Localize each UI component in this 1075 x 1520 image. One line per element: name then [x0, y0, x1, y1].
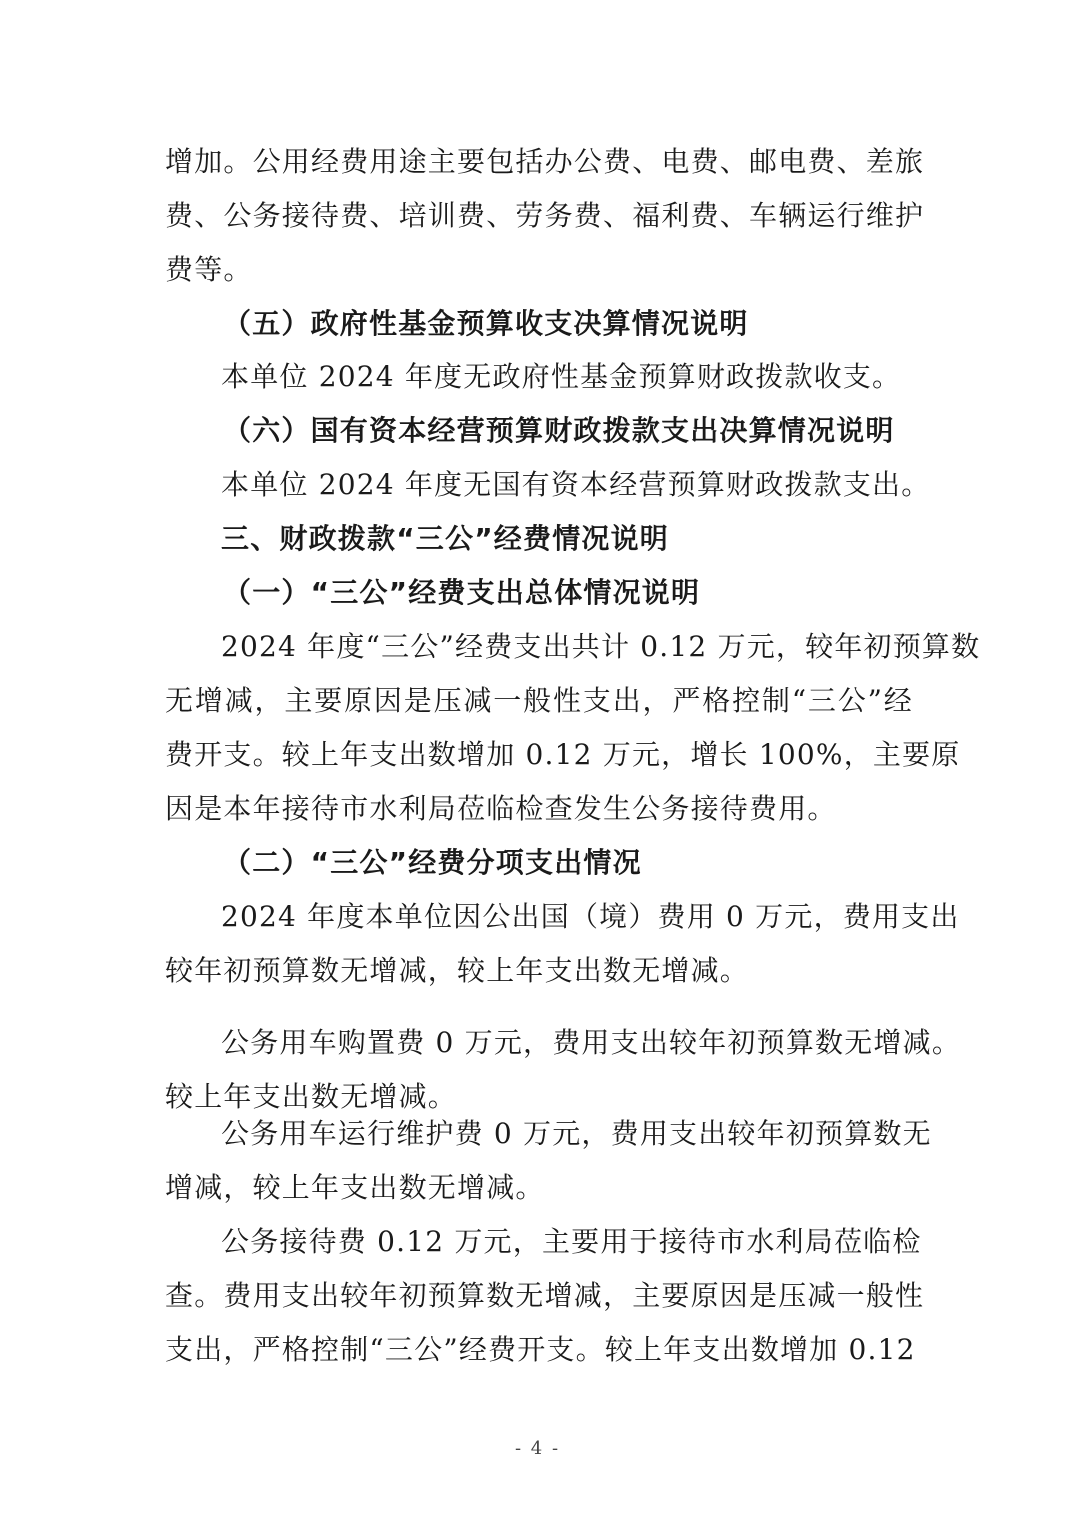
- chapter-heading-3: 三、财政拨款“三公”经费情况说明: [221, 521, 913, 557]
- paragraph-line: 公务用车运行维护费 0 万元，费用支出较年初预算数无: [221, 1116, 913, 1152]
- paragraph-line: 公务用车购置费 0 万元，费用支出较年初预算数无增减。: [221, 1025, 913, 1061]
- paragraph-line: 较上年支出数无增减。: [165, 1079, 913, 1115]
- document-page: 增加。公用经费用途主要包括办公费、电费、邮电费、差旅 费、公务接待费、培训费、劳…: [0, 0, 1075, 1520]
- paragraph-line: 无增减，主要原因是压减一般性支出，严格控制“三公”经: [165, 683, 913, 719]
- paragraph-line: 支出，严格控制“三公”经费开支。较上年支出数增加 0.12: [165, 1332, 913, 1368]
- paragraph-line: 费开支。较上年支出数增加 0.12 万元，增长 100%，主要原: [165, 737, 913, 773]
- section-heading-6: （六）国有资本经营预算财政拨款支出决算情况说明: [223, 413, 971, 449]
- paragraph-line: 较年初预算数无增减，较上年支出数无增减。: [165, 953, 913, 989]
- paragraph-line: 增减，较上年支出数无增减。: [165, 1170, 913, 1206]
- paragraph-line: 增加。公用经费用途主要包括办公费、电费、邮电费、差旅: [165, 144, 913, 180]
- paragraph-line: 查。费用支出较年初预算数无增减，主要原因是压减一般性: [165, 1278, 913, 1314]
- paragraph-line: 因是本年接待市水利局莅临检查发生公务接待费用。: [165, 791, 913, 827]
- paragraph-line: 费等。: [165, 252, 913, 288]
- section-heading-2: （二）“三公”经费分项支出情况: [223, 845, 971, 881]
- paragraph-line: 本单位 2024 年度无政府性基金预算财政拨款收支。: [221, 359, 913, 395]
- paragraph-line: 公务接待费 0.12 万元，主要用于接待市水利局莅临检: [221, 1224, 913, 1260]
- paragraph-line: 费、公务接待费、培训费、劳务费、福利费、车辆运行维护: [165, 198, 913, 234]
- page-number: - 4 -: [0, 1438, 1075, 1459]
- paragraph-line: 2024 年度本单位因公出国（境）费用 0 万元，费用支出: [221, 899, 913, 935]
- paragraph-line: 2024 年度“三公”经费支出共计 0.12 万元，较年初预算数: [221, 629, 913, 665]
- section-heading-1: （一）“三公”经费支出总体情况说明: [223, 575, 971, 611]
- section-heading-5: （五）政府性基金预算收支决算情况说明: [223, 306, 971, 342]
- paragraph-line: 本单位 2024 年度无国有资本经营预算财政拨款支出。: [221, 467, 913, 503]
